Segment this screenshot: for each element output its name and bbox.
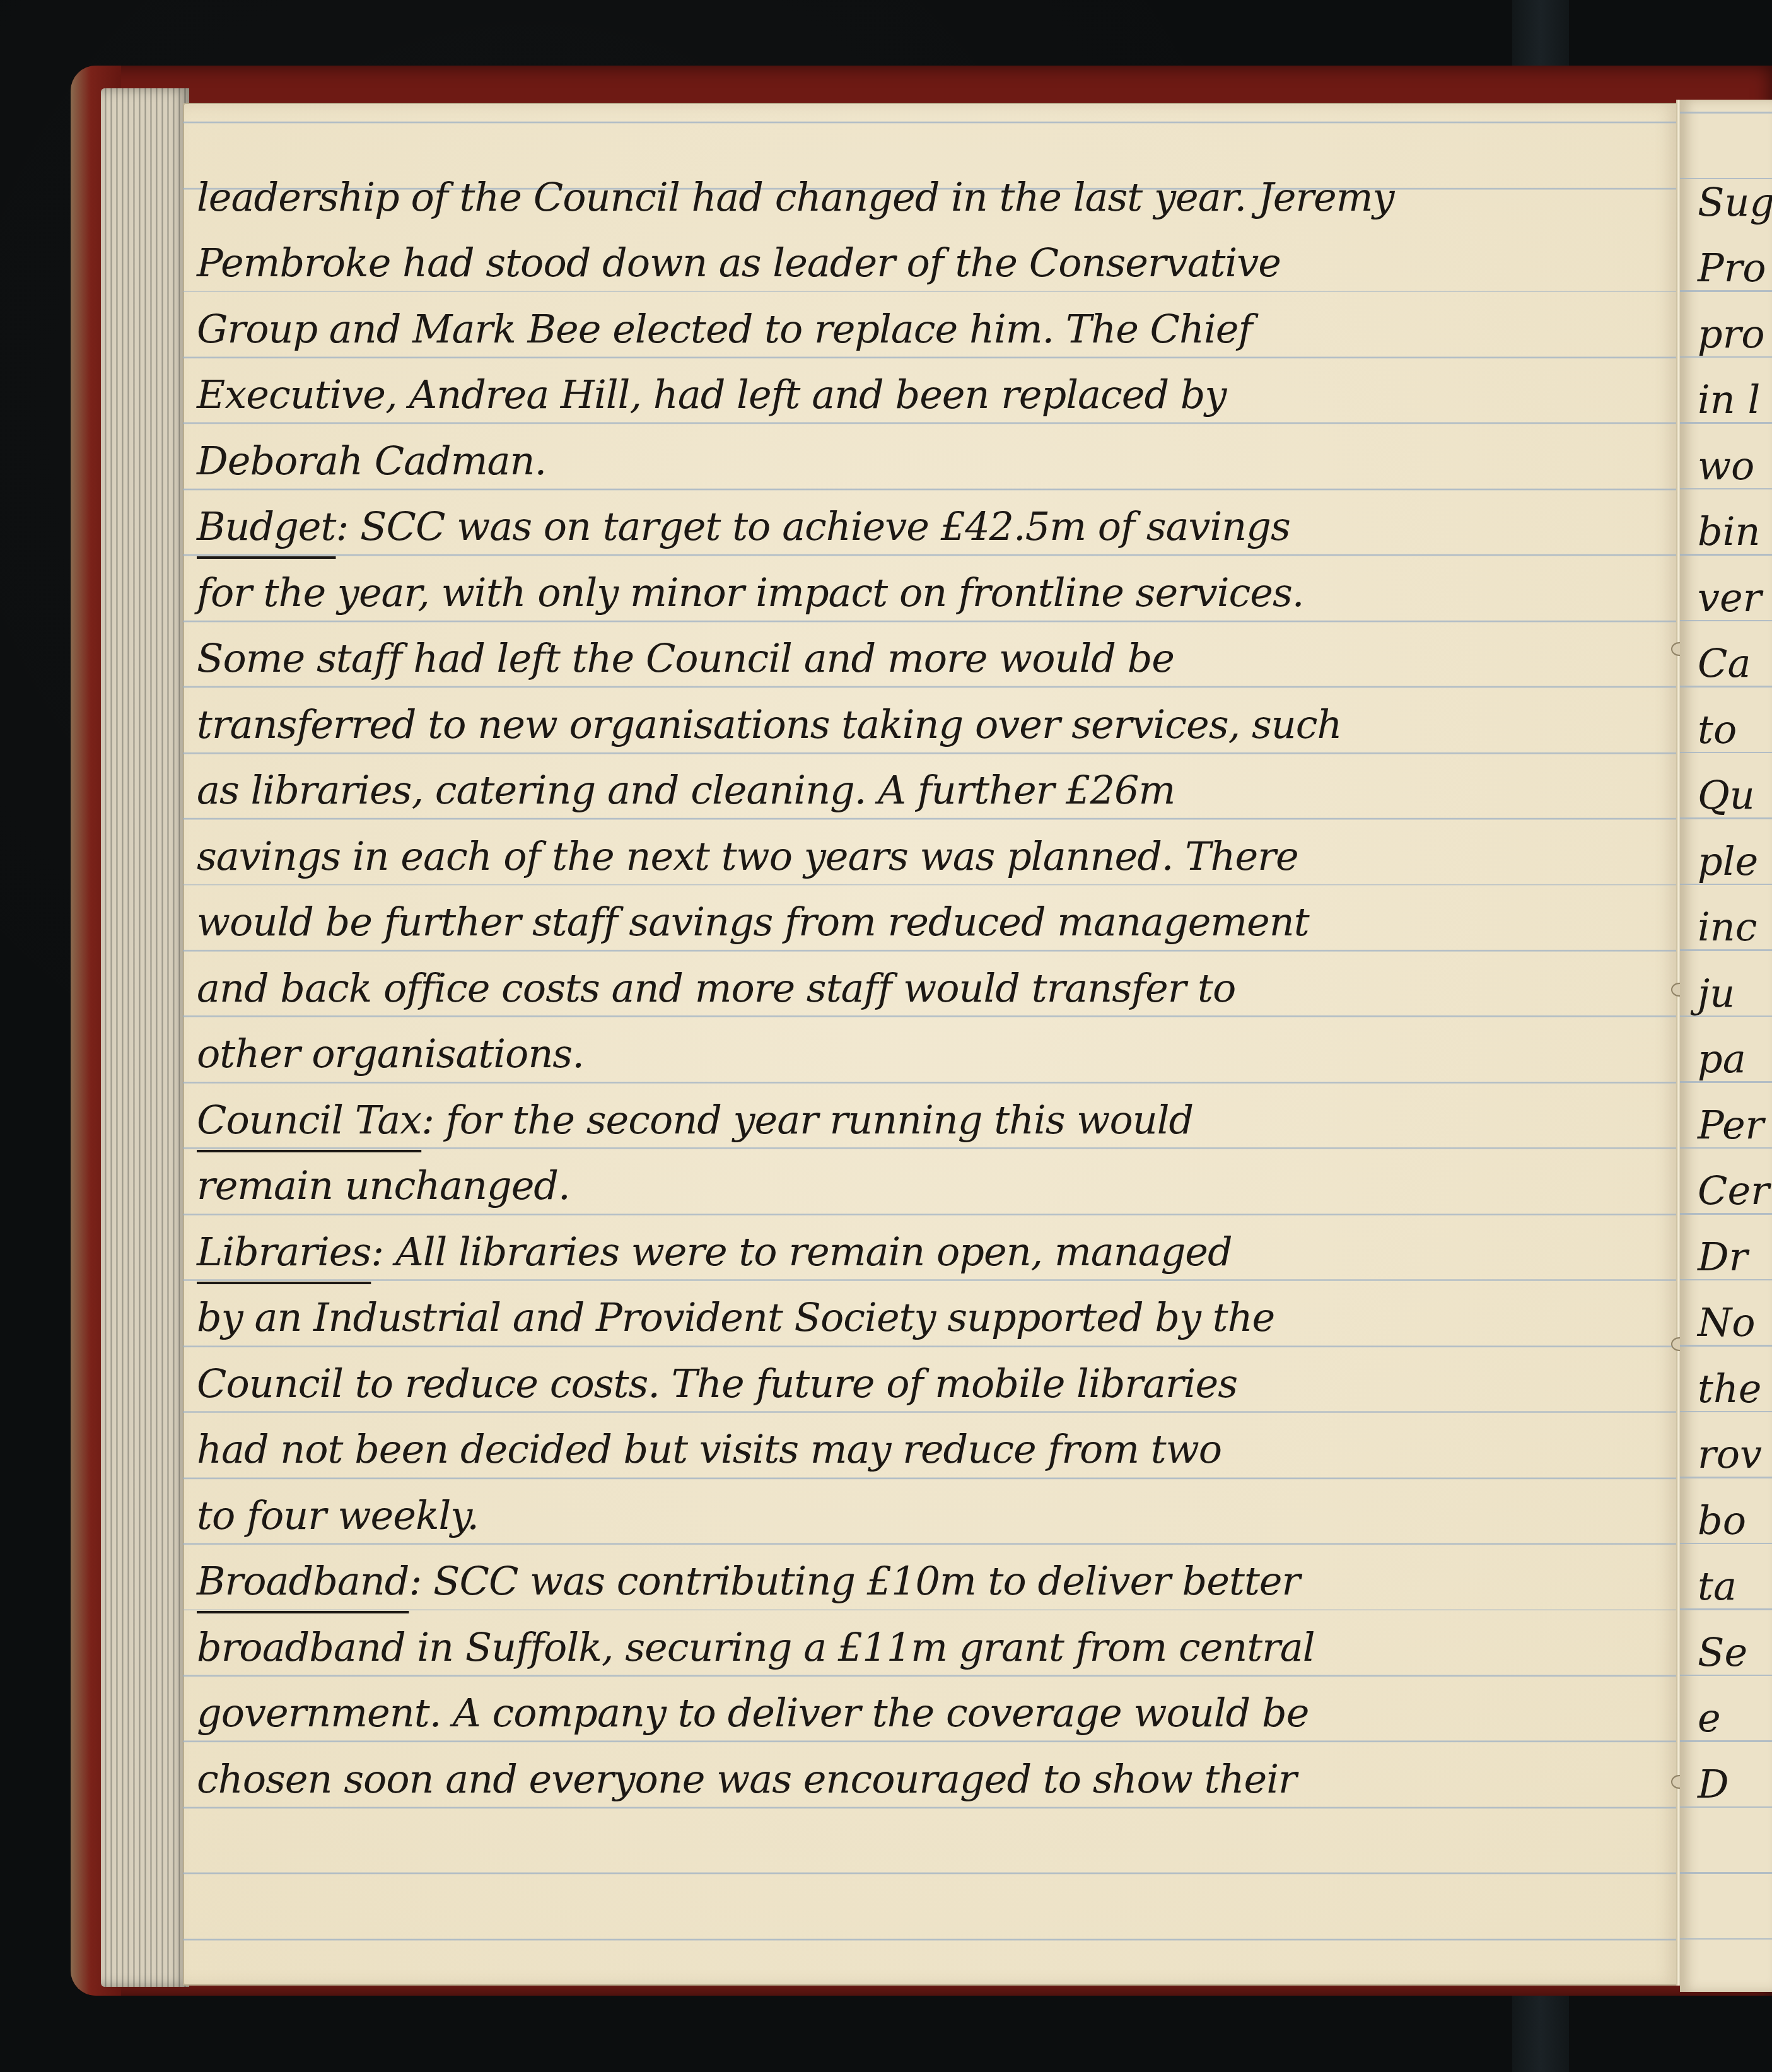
page-fore-edge bbox=[101, 88, 189, 1987]
text-fragment: wo bbox=[1698, 443, 1754, 489]
text-fragment: Cer bbox=[1698, 1168, 1769, 1214]
handwritten-line: Council to reduce costs. The future of m… bbox=[197, 1351, 1653, 1417]
line-text: : for the second year running this would bbox=[421, 1097, 1193, 1143]
handwritten-line: Budget: SCC was on target to achieve £42… bbox=[197, 494, 1653, 559]
section-heading: Budget bbox=[197, 503, 335, 549]
text-fragment: in l bbox=[1698, 377, 1760, 423]
handwritten-line: Pembroke had stood down as leader of the… bbox=[197, 230, 1653, 296]
line-text: Pembroke had stood down as leader of the… bbox=[197, 240, 1281, 286]
handwritten-line: other organisations. bbox=[197, 1021, 1653, 1087]
line-text: chosen soon and everyone was encouraged … bbox=[197, 1756, 1297, 1802]
handwritten-line: and back office costs and more staff wou… bbox=[197, 956, 1653, 1021]
text-fragment: D bbox=[1698, 1761, 1729, 1807]
line-text: and back office costs and more staff wou… bbox=[197, 965, 1235, 1011]
handwritten-line: leadership of the Council had changed in… bbox=[197, 165, 1653, 230]
section-heading: Broadband bbox=[197, 1558, 409, 1604]
text-fragment: pro bbox=[1698, 311, 1765, 357]
text-fragment: to bbox=[1698, 706, 1737, 752]
line-text: Deborah Cadman. bbox=[197, 438, 546, 484]
text-fragment: ju bbox=[1698, 970, 1735, 1016]
handwritten-line: Some staff had left the Council and more… bbox=[197, 626, 1653, 691]
line-text: Council to reduce costs. The future of m… bbox=[197, 1361, 1237, 1407]
line-text: savings in each of the next two years wa… bbox=[197, 833, 1298, 879]
text-fragment: bo bbox=[1698, 1497, 1746, 1543]
text-fragment: ver bbox=[1698, 575, 1761, 621]
text-fragment: e bbox=[1698, 1695, 1721, 1741]
handwritten-line: broadband in Suffolk, securing a £11m gr… bbox=[197, 1615, 1653, 1680]
text-fragment: Dr bbox=[1698, 1234, 1747, 1280]
line-text: transferred to new organisations taking … bbox=[197, 701, 1341, 747]
line-text: to four weekly. bbox=[197, 1492, 479, 1538]
handwritten-line: Group and Mark Bee elected to replace hi… bbox=[197, 296, 1653, 362]
handwritten-line: would be further staff savings from redu… bbox=[197, 889, 1653, 955]
text-fragment: No bbox=[1698, 1299, 1756, 1345]
handwritten-text: leadership of the Council had changed in… bbox=[183, 103, 1679, 1986]
handwritten-line: for the year, with only minor impact on … bbox=[197, 560, 1653, 626]
line-text: other organisations. bbox=[197, 1031, 584, 1077]
text-fragment: rov bbox=[1698, 1431, 1762, 1477]
line-text: government. A company to deliver the cov… bbox=[197, 1690, 1309, 1736]
text-fragment: ple bbox=[1698, 838, 1758, 884]
text-fragment: Ca bbox=[1698, 640, 1751, 686]
handwritten-line: Council Tax: for the second year running… bbox=[197, 1087, 1653, 1153]
text-fragment: pa bbox=[1698, 1036, 1746, 1082]
line-text: would be further staff savings from redu… bbox=[197, 899, 1309, 945]
handwritten-line: remain unchanged. bbox=[197, 1153, 1653, 1219]
handwritten-line: Executive, Andrea Hill, had left and bee… bbox=[197, 362, 1653, 428]
handwritten-line: transferred to new organisations taking … bbox=[197, 692, 1653, 758]
handwritten-line: government. A company to deliver the cov… bbox=[197, 1680, 1653, 1746]
text-fragment: inc bbox=[1698, 904, 1757, 950]
line-text: as libraries, catering and cleaning. A f… bbox=[197, 767, 1175, 813]
text-fragment: Pro bbox=[1698, 245, 1766, 291]
line-text: remain unchanged. bbox=[197, 1162, 570, 1209]
text-fragment: Qu bbox=[1698, 772, 1755, 818]
line-text: by an Industrial and Provident Society s… bbox=[197, 1294, 1274, 1340]
handwritten-line: Broadband: SCC was contributing £10m to … bbox=[197, 1548, 1653, 1614]
handwritten-line: had not been decided but visits may redu… bbox=[197, 1417, 1653, 1482]
right-notebook-page-edge: SugProproin lwobinverCatoQupleincjupaPer… bbox=[1680, 100, 1772, 1992]
text-fragment: ta bbox=[1698, 1563, 1737, 1609]
handwritten-line: Deborah Cadman. bbox=[197, 428, 1653, 494]
handwritten-line: chosen soon and everyone was encouraged … bbox=[197, 1747, 1653, 1812]
line-text: leadership of the Council had changed in… bbox=[197, 174, 1394, 220]
line-text: : SCC was contributing £10m to deliver b… bbox=[409, 1558, 1300, 1604]
text-fragment: the bbox=[1698, 1366, 1762, 1412]
section-heading: Libraries bbox=[197, 1229, 371, 1275]
line-text: broadband in Suffolk, securing a £11m gr… bbox=[197, 1624, 1315, 1670]
left-notebook-page: leadership of the Council had changed in… bbox=[183, 103, 1679, 1986]
handwritten-line: as libraries, catering and cleaning. A f… bbox=[197, 758, 1653, 823]
line-text: Group and Mark Bee elected to replace hi… bbox=[197, 306, 1252, 352]
line-text: Executive, Andrea Hill, had left and bee… bbox=[197, 372, 1227, 418]
handwritten-line: by an Industrial and Provident Society s… bbox=[197, 1285, 1653, 1350]
line-text: had not been decided but visits may redu… bbox=[197, 1426, 1221, 1472]
text-fragment: Per bbox=[1698, 1102, 1764, 1148]
line-text: : SCC was on target to achieve £42.5m of… bbox=[335, 503, 1290, 549]
section-heading: Council Tax bbox=[197, 1097, 421, 1143]
handwritten-line: Libraries: All libraries were to remain … bbox=[197, 1219, 1653, 1285]
handwritten-line: savings in each of the next two years wa… bbox=[197, 824, 1653, 889]
line-text: Some staff had left the Council and more… bbox=[197, 635, 1174, 681]
text-fragment: Se bbox=[1698, 1629, 1747, 1675]
handwritten-line: to four weekly. bbox=[197, 1483, 1653, 1548]
line-text: for the year, with only minor impact on … bbox=[197, 570, 1304, 616]
text-fragment: bin bbox=[1698, 508, 1760, 554]
text-fragment: Sug bbox=[1698, 179, 1772, 225]
line-text: : All libraries were to remain open, man… bbox=[371, 1229, 1232, 1275]
